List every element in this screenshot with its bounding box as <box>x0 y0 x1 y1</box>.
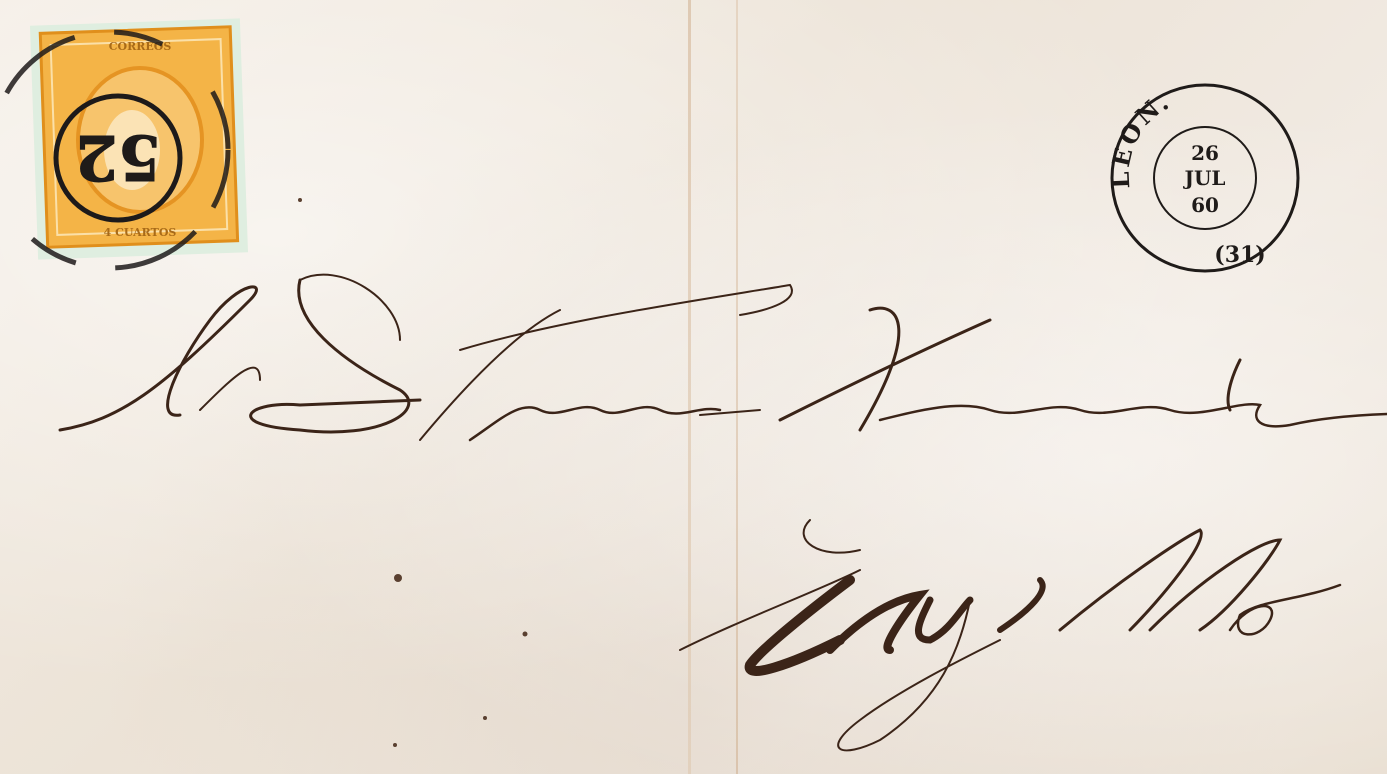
cancel-numeral: 52 <box>75 121 161 194</box>
postmark-month: JUL <box>1183 166 1226 190</box>
letter-cover: CORREOS 4 CUARTOS 52 LEON. 26 JUL 60 (31… <box>0 0 1387 774</box>
postmark-code: (31) <box>1214 242 1265 268</box>
date-postmark: LEON. 26 JUL 60 (31) <box>1105 85 1298 271</box>
postmark-day: 26 <box>1191 141 1219 165</box>
svg-text:LEON.: LEON. <box>1105 85 1175 189</box>
stamp-value: 4 CUARTOS <box>104 226 177 239</box>
cover-artwork: CORREOS 4 CUARTOS 52 LEON. 26 JUL 60 (31… <box>0 0 1387 774</box>
postmark-year: 60 <box>1191 193 1219 217</box>
paper-specks <box>298 198 528 747</box>
postmark-town: LEON. <box>1105 85 1175 189</box>
